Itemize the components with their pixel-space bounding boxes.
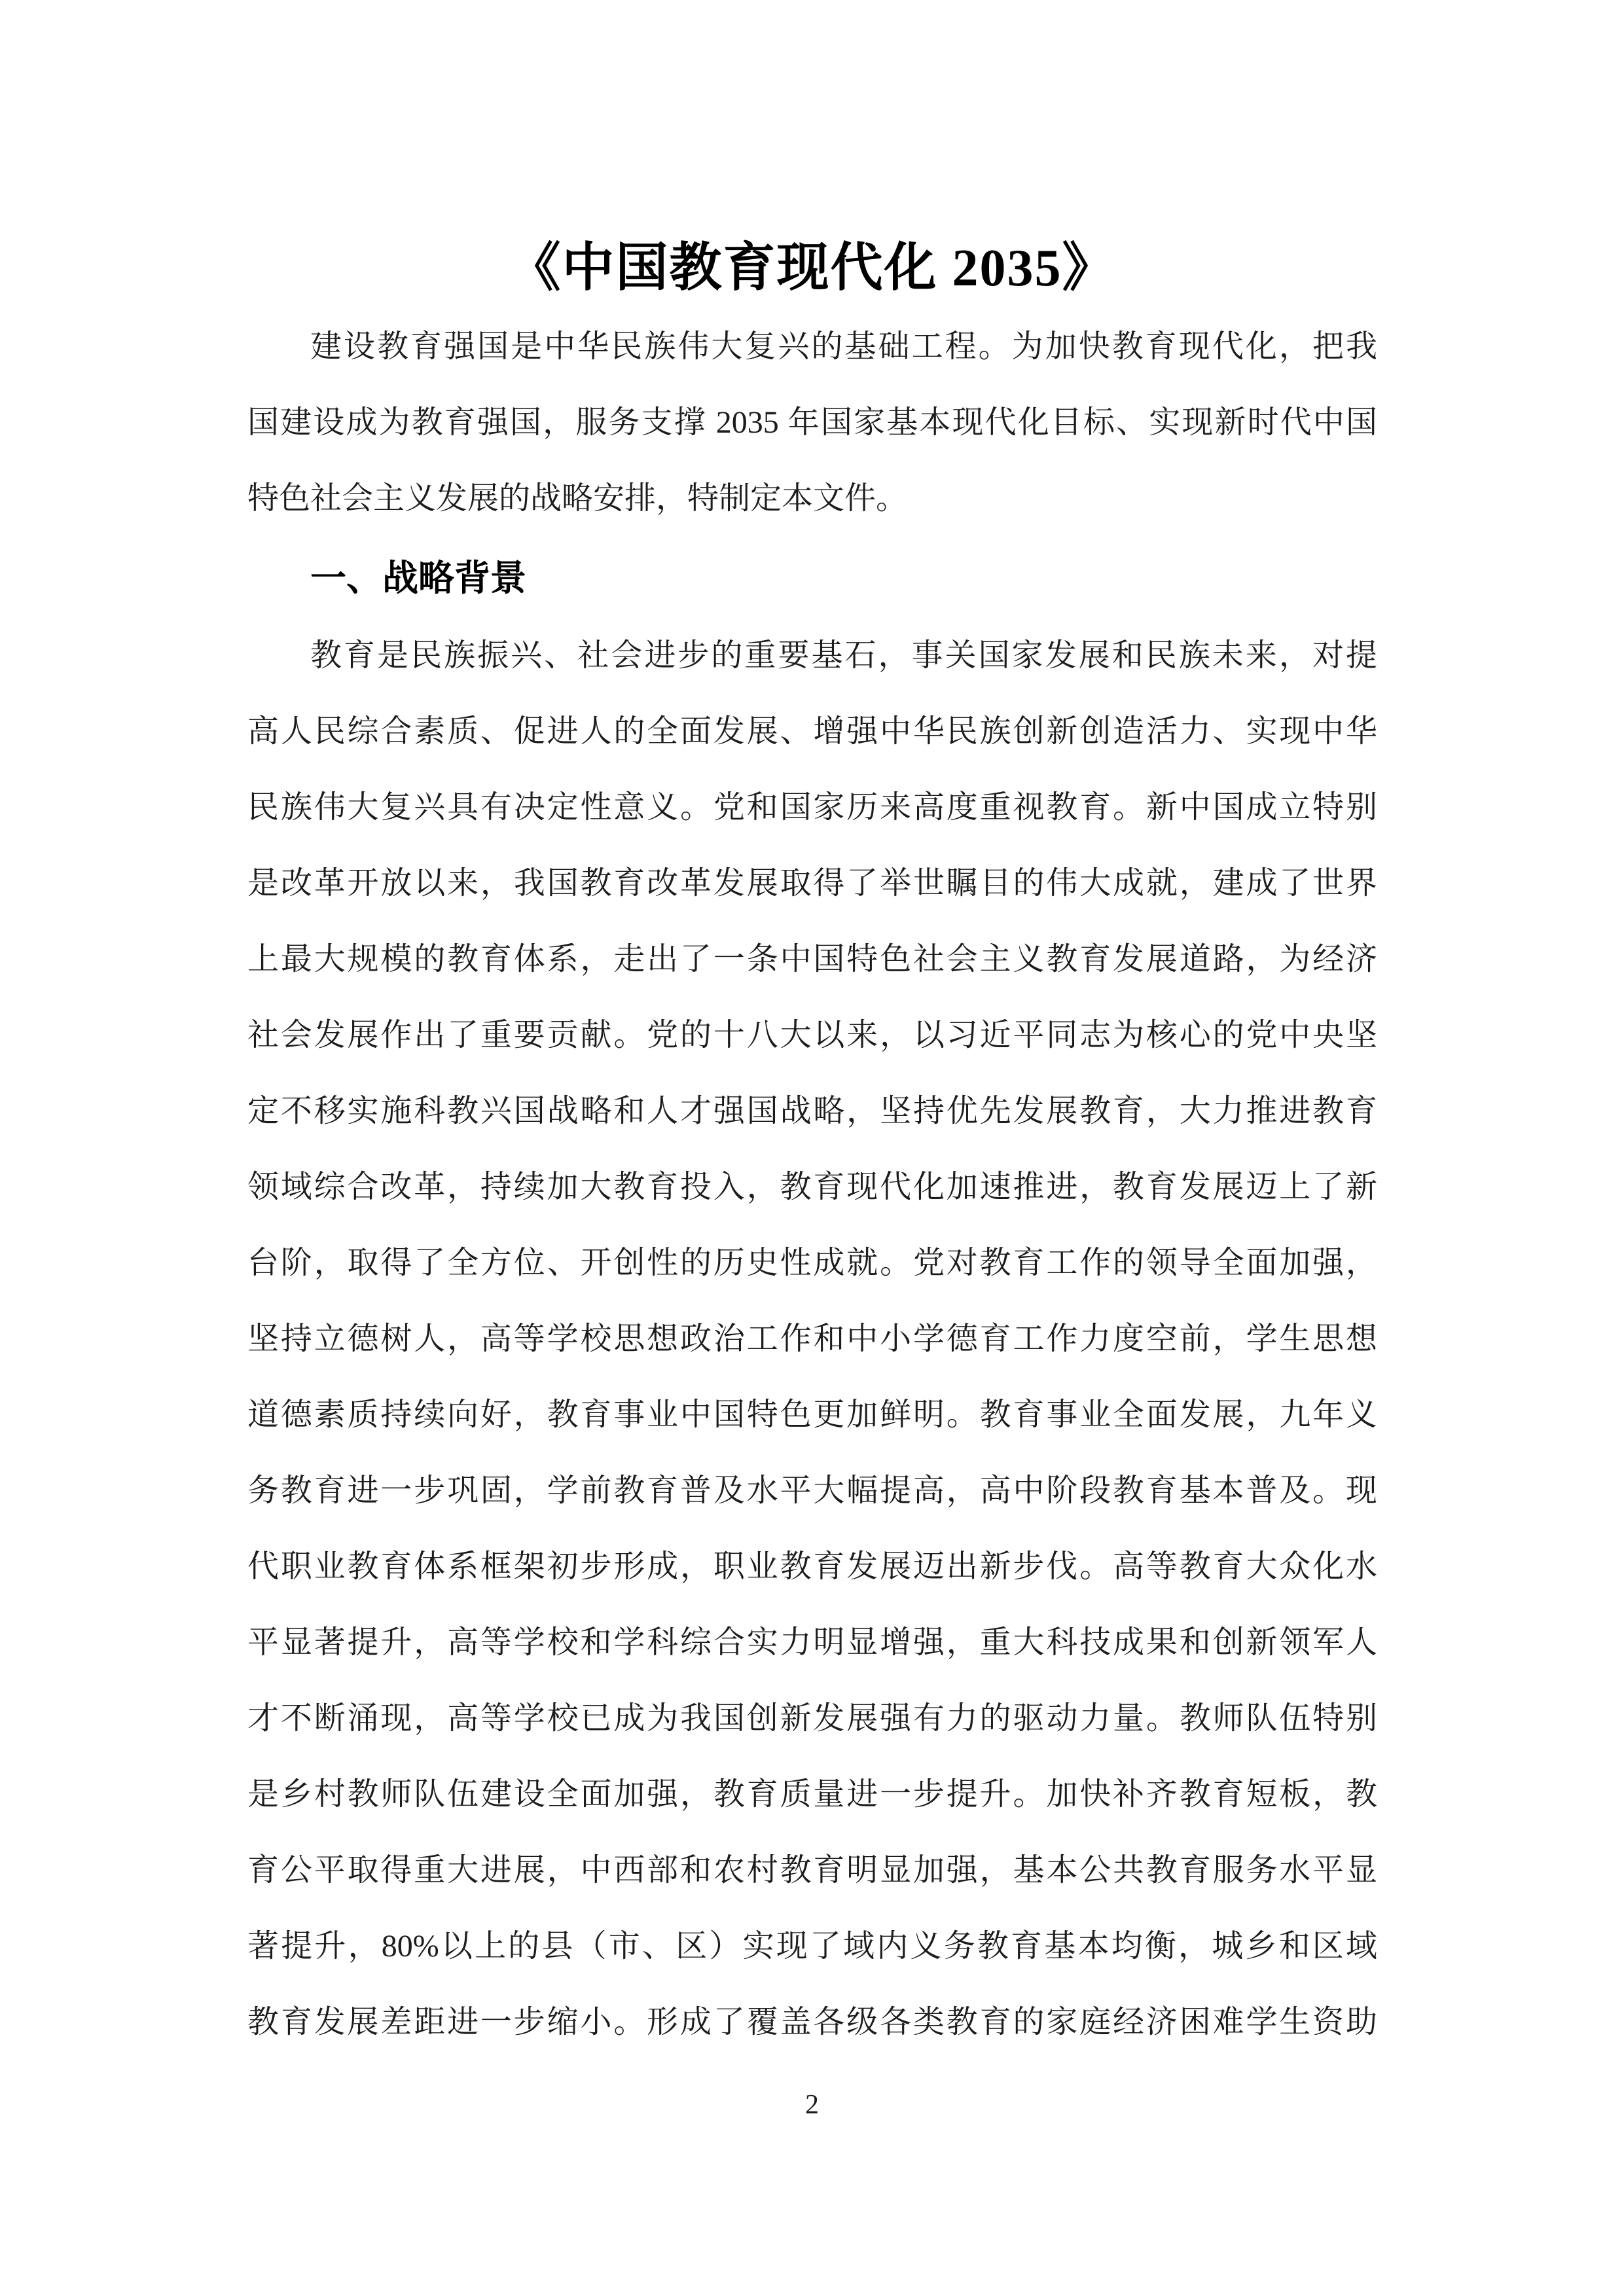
text-line: 代职业教育体系框架初步形成，职业教育发展迈出新步伐。高等教育大众化水: [247, 1529, 1377, 1605]
text-line: 著提升，80%以上的县（市、区）实现了域内义务教育基本均衡，城乡和区域: [247, 1909, 1377, 1984]
page-footer: 2: [0, 2089, 1624, 2121]
text-line: 高人民综合素质、促进人的全面发展、增强中华民族创新创造活力、实现中华: [247, 694, 1377, 770]
text-line: 国建设成为教育强国，服务支撑 2035 年国家基本现代化目标、实现新时代中国: [247, 385, 1377, 461]
text-line: 上最大规模的教育体系，走出了一条中国特色社会主义教育发展道路，为经济: [247, 922, 1377, 997]
text-line: 特色社会主义发展的战略安排，特制定本文件。: [247, 461, 1377, 537]
text-line: 教育发展差距进一步缩小。形成了覆盖各级各类教育的家庭经济困难学生资助: [247, 1984, 1377, 2060]
text-line: 是改革开放以来，我国教育改革发展取得了举世瞩目的伟大成就，建成了世界: [247, 846, 1377, 922]
text-line: 才不断涌现，高等学校已成为我国创新发展强有力的驱动力量。教师队伍特别: [247, 1681, 1377, 1757]
text-line: 道德素质持续向好，教育事业中国特色更加鲜明。教育事业全面发展，九年义: [247, 1377, 1377, 1453]
text-line: 领域综合改革，持续加大教育投入，教育现代化加速推进，教育发展迈上了新: [247, 1149, 1377, 1225]
page-number: 2: [805, 2090, 819, 2120]
document-body: 建设教育强国是中华民族伟大复兴的基础工程。为加快教育现代化，把我国建设成为教育强…: [247, 309, 1377, 2060]
text-line: 台阶，取得了全方位、开创性的历史性成就。党对教育工作的领导全面加强，: [247, 1225, 1377, 1301]
text-line: 建设教育强国是中华民族伟大复兴的基础工程。为加快教育现代化，把我: [247, 309, 1377, 385]
text-line: 是乡村教师队伍建设全面加强，教育质量进一步提升。加快补齐教育短板，教: [247, 1757, 1377, 1833]
document-page: 《中国教育现代化 2035》 建设教育强国是中华民族伟大复兴的基础工程。为加快教…: [0, 0, 1624, 2296]
text-line: 教育是民族振兴、社会进步的重要基石，事关国家发展和民族未来，对提: [247, 618, 1377, 694]
text-line: 坚持立德树人，高等学校思想政治工作和中小学德育工作力度空前，学生思想: [247, 1301, 1377, 1377]
text-line: 务教育进一步巩固，学前教育普及水平大幅提高，高中阶段教育基本普及。现: [247, 1453, 1377, 1529]
text-line: 育公平取得重大进展，中西部和农村教育明显加强，基本公共教育服务水平显: [247, 1833, 1377, 1909]
text-line: 平显著提升，高等学校和学科综合实力明显增强，重大科技成果和创新领军人: [247, 1605, 1377, 1681]
text-line: 社会发展作出了重要贡献。党的十八大以来，以习近平同志为核心的党中央坚: [247, 997, 1377, 1073]
text-line: 民族伟大复兴具有决定性意义。党和国家历来高度重视教育。新中国成立特别: [247, 770, 1377, 846]
section-heading: 一、战略背景: [247, 541, 1377, 617]
text-line: 定不移实施科教兴国战略和人才强国战略，坚持优先发展教育，大力推进教育: [247, 1073, 1377, 1149]
document-title: 《中国教育现代化 2035》: [0, 229, 1624, 308]
